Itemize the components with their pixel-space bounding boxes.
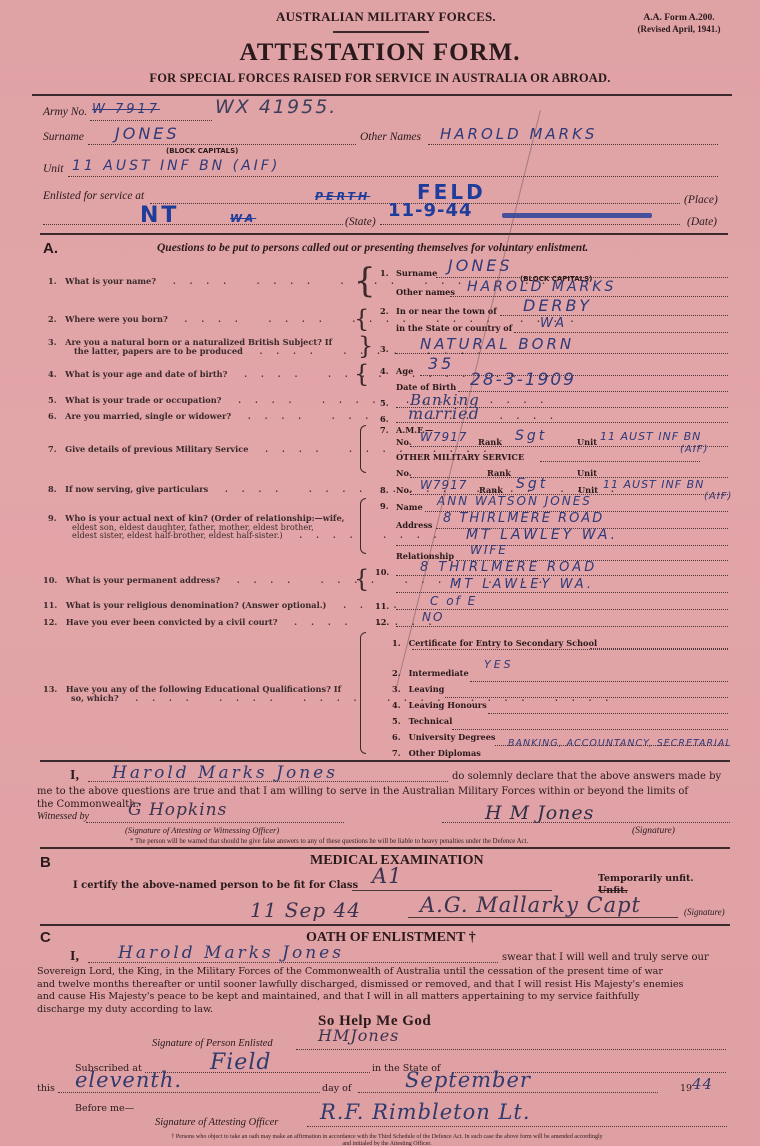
section-c-letter: C (40, 929, 51, 946)
answer-9-addr-label: Address (396, 520, 433, 530)
form-number: A.A. Form A.200. (Revised April, 1941.) (624, 13, 734, 35)
oath-swear: swear that I will well and truly serve o… (502, 951, 709, 964)
oath-line-1: Sovereign Lord, the King, in the Militar… (37, 966, 737, 979)
date-struck-mark (502, 213, 652, 218)
answer-2-town-line (500, 315, 728, 316)
education-item: 1. Certificate for Entry to Secondary Sc… (392, 633, 732, 649)
page-subtitle: FOR SPECIAL FORCES RAISED FOR SERVICE IN… (0, 71, 760, 86)
medical-date: 11 Sep 44 (250, 898, 361, 922)
section-a-letter: A. (43, 240, 58, 257)
answer-6-value: married (408, 404, 480, 423)
medical-certify-text: I certify the above-named person to be f… (73, 879, 358, 892)
block-capitals-note: (BLOCK CAPITALS) (166, 147, 238, 155)
answer-8-no: W7917 (420, 478, 467, 492)
answer-9-name-label: Name (396, 502, 423, 512)
answer-2-town-label: In or near the town of (396, 306, 497, 316)
answer-7-line (410, 446, 728, 447)
answer-10-line2-rule (396, 592, 728, 593)
false-answers-warning: * The person will be warned that should … (130, 838, 528, 845)
brace-q1: { (354, 264, 376, 298)
answer-7-unit: 11 AUST INF BN (600, 430, 701, 443)
answer-9-num: 9. (380, 501, 389, 511)
section-a-heading: Questions to be put to persons called ou… (157, 242, 588, 254)
affirmation-footnote: † Persons who object to take an oath may… (37, 1134, 737, 1146)
footnote-line-2: and initialed by the Attesting Officer. (37, 1141, 737, 1146)
answer-8-rank: Sgt (516, 476, 548, 492)
answer-8-unit: 11 AUST INF BN (603, 478, 704, 491)
declarant-signature: H M Jones (485, 802, 594, 824)
education-item-line (412, 649, 728, 650)
declaration-text-1: do solemnly declare that the above answe… (452, 770, 721, 783)
answer-8-unit-aif: (AIF) (704, 491, 732, 502)
other-names-line (428, 144, 718, 145)
sig-enlisted-label: Signature of Person Enlisted (152, 1038, 273, 1049)
answer-4-age: 35 (428, 354, 454, 373)
oath-i: I, (70, 949, 79, 965)
answer-3-value: NATURAL BORN (420, 335, 574, 353)
section-a-rule (40, 760, 730, 762)
witness-line (86, 822, 344, 823)
year-value: 44 (692, 1075, 713, 1093)
answer-7-other-line (540, 461, 700, 462)
answer-1-other-label: Other names (396, 287, 455, 297)
sig-enlisted-line (296, 1049, 726, 1050)
medical-sig-caption: (Signature) (684, 907, 725, 917)
question-11: 11. What is your religious denomination?… (43, 600, 410, 610)
brace-q4: { (354, 362, 369, 386)
month-value: September (405, 1068, 531, 1092)
answer-2-town: DERBY (523, 296, 592, 315)
answer-4-dob-line (458, 391, 728, 392)
education-item: 2. Intermediate YES (392, 663, 732, 679)
answer-6-num: 6. (380, 414, 389, 424)
attesting-officer-label: Signature of Attesting Officer (155, 1117, 278, 1128)
edu-line-5 (452, 729, 728, 730)
other-names-label: Other Names (360, 131, 421, 143)
answer-7-other-label: OTHER MILITARY SERVICE (396, 452, 524, 462)
witness-signature: G Hopkins (128, 800, 227, 820)
education-intermediate-value: YES (484, 658, 514, 671)
witnessed-by-label: Witnessed by (37, 811, 89, 822)
answer-9-addr1: 8 THIRLMERE ROAD (443, 511, 604, 526)
answer-9-addr2: MT LAWLEY WA. (466, 527, 618, 543)
top-fields-rule (40, 233, 728, 235)
answer-2-state: WA (540, 316, 567, 331)
sig-enlisted-value: HMJones (318, 1026, 399, 1045)
this-label: this (37, 1082, 55, 1095)
state-value: NT (140, 203, 179, 228)
answer-9-rel: WIFE (470, 543, 508, 557)
army-no-label: Army No. (43, 106, 87, 118)
surname-line (88, 144, 356, 145)
question-5: 5. What is your trade or occupation? ...… (48, 395, 557, 405)
edu-line-3 (445, 697, 728, 698)
answer-4-dob: 28-3-1909 (470, 370, 576, 390)
day-value: eleventh. (75, 1068, 182, 1092)
question-6: 6. Are you married, single or widower? .… (48, 411, 567, 421)
section-b-letter: B (40, 854, 51, 871)
form-number-text: A.A. Form A.200. (624, 13, 734, 24)
answer-2-num: 2. (380, 306, 389, 316)
edu-line-1 (590, 648, 728, 649)
day-line (58, 1092, 320, 1093)
state-label: (State) (345, 216, 376, 228)
witness-caption: (Signature of Attesting or Witnessing Of… (125, 825, 279, 835)
education-other-diplomas-value: BANKING, ACCOUNTANCY, SECRETARIAL (508, 738, 732, 749)
answer-3-num: 3. (380, 344, 389, 354)
answer-10-line1-rule (396, 575, 728, 576)
question-9: 9. Who is your actual next of kin? (Orde… (48, 514, 450, 540)
surname-value: JONES (115, 124, 180, 143)
header-rule (32, 94, 732, 96)
brace-q2: { (354, 307, 369, 331)
army-no-value: WX 41955. (215, 96, 337, 118)
org-heading: AUSTRALIAN MILITARY FORCES. (276, 9, 496, 25)
oath-name-signature: Harold Marks Jones (118, 943, 344, 963)
class-line (352, 890, 552, 891)
answer-1-surname-label: Surname (396, 268, 437, 278)
medical-class-value: A1 (372, 864, 403, 888)
brace-q9 (360, 498, 366, 554)
answer-11-line (396, 609, 728, 610)
other-names-value: HAROLD MARKS (440, 125, 597, 143)
answer-12-num: 12. (375, 617, 389, 627)
edu-line-6 (495, 745, 728, 746)
declaration-text-3: the Commonwealth. (37, 798, 139, 811)
declaration-rule (40, 847, 730, 849)
medical-sig-line (408, 917, 678, 918)
army-no-line (90, 120, 212, 121)
before-me-label: Before me— (75, 1102, 134, 1115)
enlisted-place-struck: PERTH (315, 190, 370, 203)
answer-11-num: 11. (375, 601, 389, 611)
answer-9-name: ANN WATSON JONES (437, 494, 592, 508)
oath-text: Sovereign Lord, the King, in the Militar… (37, 966, 737, 1016)
surname-label: Surname (43, 131, 84, 143)
declaration-i: I, (70, 768, 79, 784)
answer-2-state-line (514, 332, 728, 333)
edu-line-2 (470, 681, 728, 682)
answer-11-value: C of E (430, 594, 477, 608)
answer-10-num: 10. (375, 567, 389, 577)
section-b-rule (40, 924, 730, 926)
edu-line-4 (488, 713, 728, 714)
education-list: 1. Certificate for Entry to Secondary Sc… (392, 633, 732, 759)
declaration-name-signature: Harold Marks Jones (112, 763, 338, 783)
date-value: 11-9-44 (388, 200, 473, 221)
brace-q13 (360, 632, 366, 754)
attesting-officer-signature: R.F. Rimbleton Lt. (320, 1100, 531, 1124)
answer-5-num: 5. (380, 398, 389, 408)
oath-line-2: and twelve months thereafter or until so… (37, 979, 737, 992)
subscribed-value: Field (210, 1050, 271, 1075)
year-prefix: 19 (680, 1082, 692, 1095)
army-no-struck: W 7917 (92, 102, 160, 117)
answer-10-line1: 8 THIRLMERE ROAD (420, 560, 597, 575)
unit-value: 11 AUST INF BN (AIF) (72, 158, 280, 174)
unit-label: Unit (43, 163, 63, 175)
answer-2-state-label: in the State or country of (396, 323, 512, 333)
answer-1-num: 1. (380, 268, 389, 278)
header-underline (333, 31, 429, 33)
answer-9-addr2-line (396, 545, 728, 546)
unit-line (68, 176, 718, 177)
answer-12-value: NO (422, 610, 444, 624)
page-title: ATTESTATION FORM. (0, 39, 760, 67)
date-line (380, 224, 680, 225)
brace-q10: { (354, 567, 369, 591)
footnote-line-1: † Persons who object to take an oath may… (37, 1134, 737, 1141)
day-of-label: day of (322, 1082, 351, 1095)
declaration-text-2: me to the above questions are true and t… (37, 785, 737, 798)
place-label: (Place) (684, 194, 718, 206)
answer-12-line (396, 626, 728, 627)
answer-1-other: HAROLD MARKS (467, 279, 616, 295)
brace-q7 (360, 425, 366, 473)
answer-7-rank: Sgt (515, 428, 547, 444)
date-label: (Date) (687, 216, 717, 228)
attesting-officer-line (307, 1126, 727, 1127)
signature-caption: (Signature) (632, 826, 675, 836)
answer-4-num: 4. (380, 366, 389, 376)
attestation-form-page: AUSTRALIAN MILITARY FORCES. A.A. Form A.… (0, 0, 760, 1146)
oath-line-3: and cause His Majesty's peace to be kept… (37, 991, 737, 1004)
form-revised-text: (Revised April, 1941.) (624, 24, 734, 35)
answer-4-age-label: Age (396, 366, 413, 376)
answer-7-num: 7. (380, 425, 389, 435)
brace-q3: } (358, 334, 373, 358)
state-line (43, 224, 343, 225)
state-struck: WA (230, 212, 256, 225)
month-line (358, 1092, 658, 1093)
medical-officer-signature: A.G. Mallarky Capt (420, 893, 641, 917)
answer-10-line2: MT LAWLEY WA. (450, 577, 594, 592)
enlisted-label: Enlisted for service at (43, 190, 144, 202)
answer-8-num: 8. (380, 485, 389, 495)
